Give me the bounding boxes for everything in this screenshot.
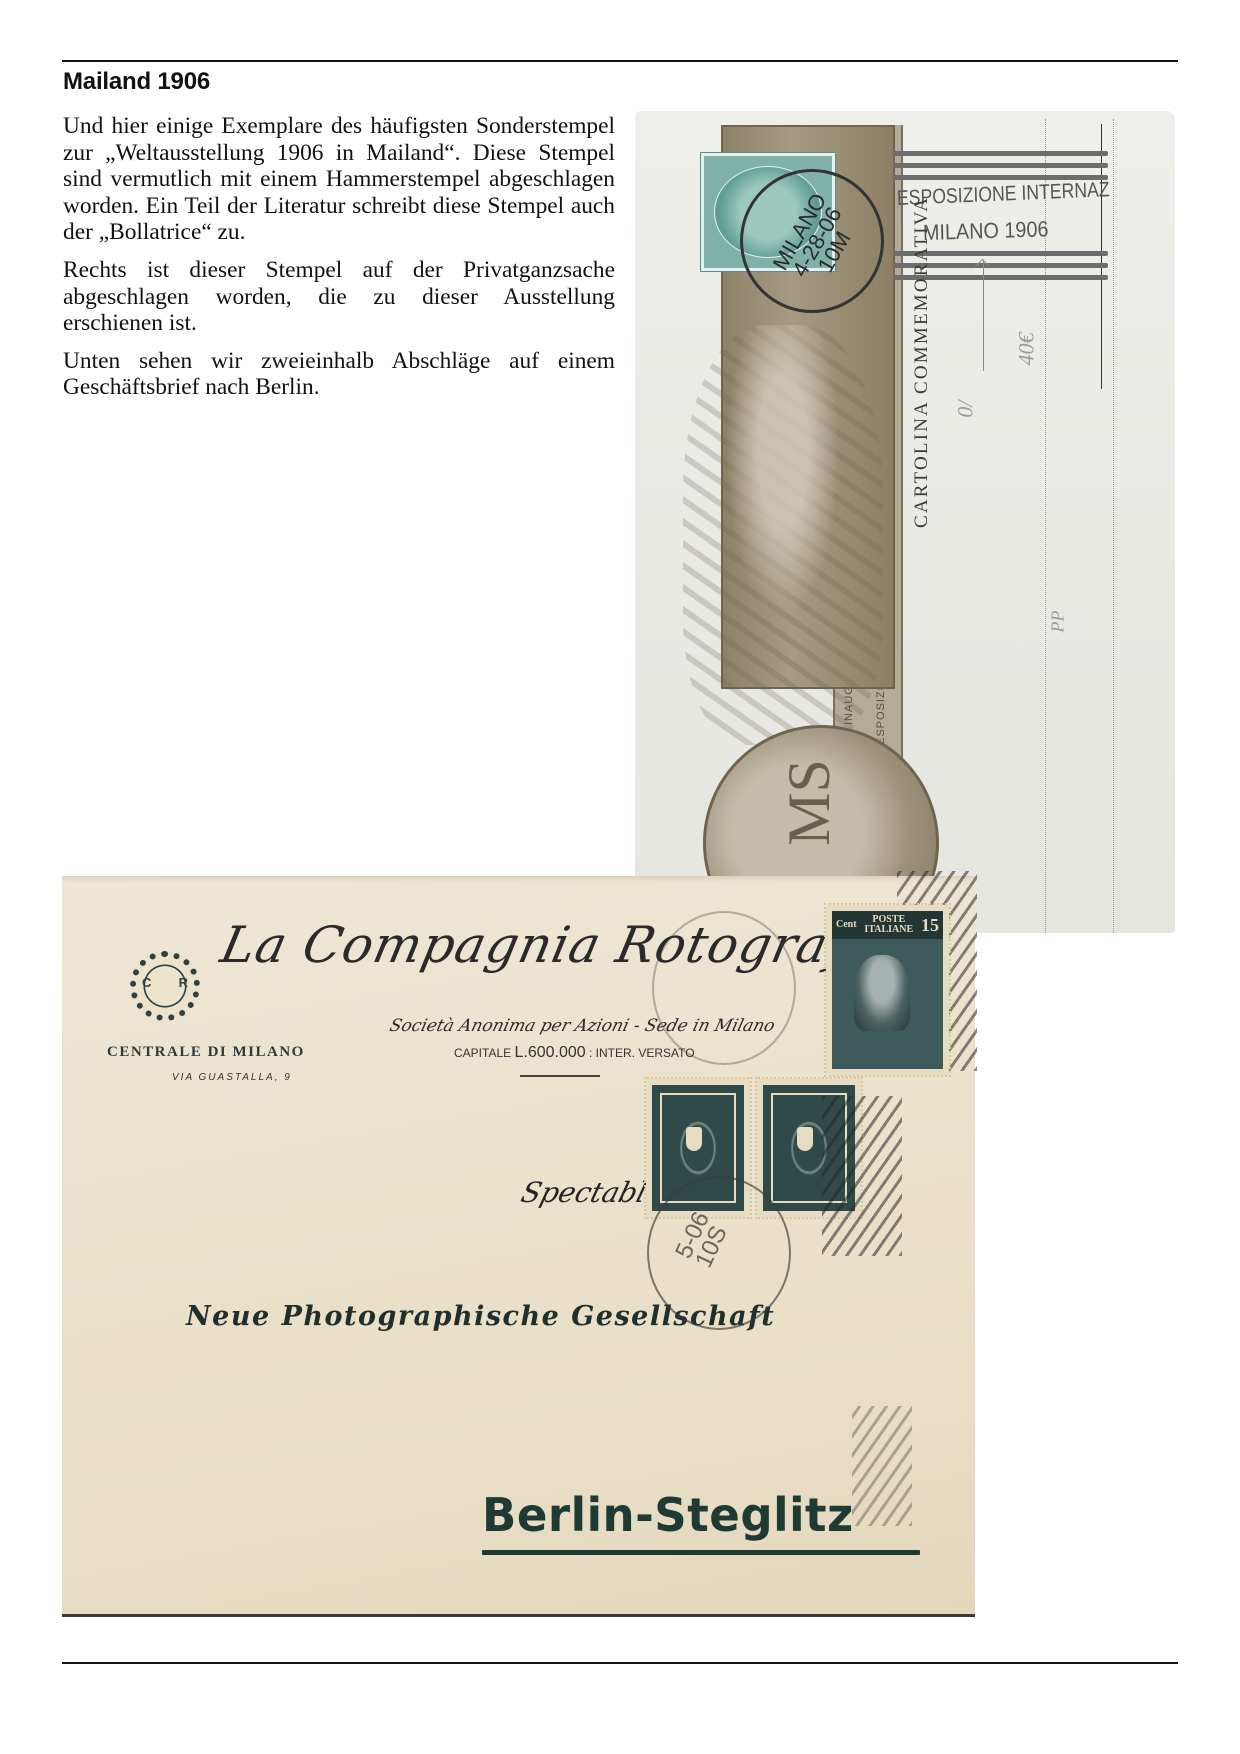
circular-date-stamp: MILANO 4-28-06 10M bbox=[740, 169, 884, 313]
page-title: Mailand 1906 bbox=[63, 68, 210, 96]
stamp-portrait bbox=[854, 955, 910, 1031]
logo-letters: C R bbox=[142, 975, 188, 990]
shield-icon bbox=[797, 1127, 813, 1151]
cancel-bar bbox=[893, 151, 1108, 156]
paragraph-envelope: Unten sehen wir zweieinhalb Abschläge au… bbox=[63, 348, 615, 401]
laurel-leaves-decoration bbox=[683, 325, 883, 745]
top-rule bbox=[62, 60, 1178, 62]
paragraph-intro: Und hier einige Exemplare des häufigsten… bbox=[63, 113, 615, 246]
cds-text: MILANO 4-28-06 10M bbox=[770, 190, 864, 293]
postcard-dotted-line bbox=[1113, 119, 1114, 933]
circular-postmark: 5-06 10S bbox=[647, 1176, 791, 1330]
stamp-15-cent: Cent POSTE ITALIANE 15 bbox=[826, 905, 949, 1075]
slogan-line-2: MILANO 1906 bbox=[923, 216, 1049, 246]
shield-icon bbox=[686, 1127, 702, 1151]
stamp-header: Cent POSTE ITALIANE 15 bbox=[832, 911, 943, 939]
cancel-bar bbox=[893, 163, 1108, 168]
company-capital: CAPITALE L.600.000 : INTER. VERSATO bbox=[454, 1044, 695, 1062]
postcard-frieze: INAUGURAZIONE DEL SEMPIONE ESPOSIZIONE I… bbox=[693, 125, 905, 933]
branch-name: CENTRALE DI MILANO bbox=[107, 1044, 305, 1061]
postmark-text: 5-06 10S bbox=[673, 1209, 733, 1271]
partial-cancel bbox=[852, 1406, 912, 1526]
body-text: Und hier einige Exemplare des häufigsten… bbox=[63, 113, 615, 412]
pencil-arrow bbox=[983, 261, 984, 371]
company-name: La Compagnia Rotografica bbox=[216, 916, 931, 974]
city-underline bbox=[482, 1550, 920, 1555]
postcard-image: INAUGURAZIONE DEL SEMPIONE ESPOSIZIONE I… bbox=[635, 111, 1175, 933]
medallion-letters: MS bbox=[775, 759, 844, 846]
cancel-lines bbox=[822, 1096, 902, 1256]
envelope-image: C R La Compagnia Rotografica Società Ano… bbox=[62, 876, 975, 1617]
pencil-note: PP bbox=[1048, 611, 1069, 633]
pencil-note: 0/ bbox=[953, 400, 979, 417]
pencil-note: 40€ bbox=[1014, 333, 1040, 366]
postcard-caption: CARTOLINA COMMEMORATIVA bbox=[911, 196, 933, 528]
faint-postmark bbox=[652, 911, 796, 1065]
company-logo: C R bbox=[130, 951, 200, 1021]
letterhead-rule bbox=[520, 1075, 600, 1077]
salutation: Spectable bbox=[518, 1176, 668, 1209]
bottom-rule bbox=[62, 1662, 1178, 1664]
paragraph-postcard: Rechts ist dieser Stempel auf der Privat… bbox=[63, 257, 615, 337]
branch-address: VIA GUASTALLA, 9 bbox=[172, 1072, 292, 1083]
recipient-city: Berlin-Steglitz bbox=[482, 1488, 854, 1542]
